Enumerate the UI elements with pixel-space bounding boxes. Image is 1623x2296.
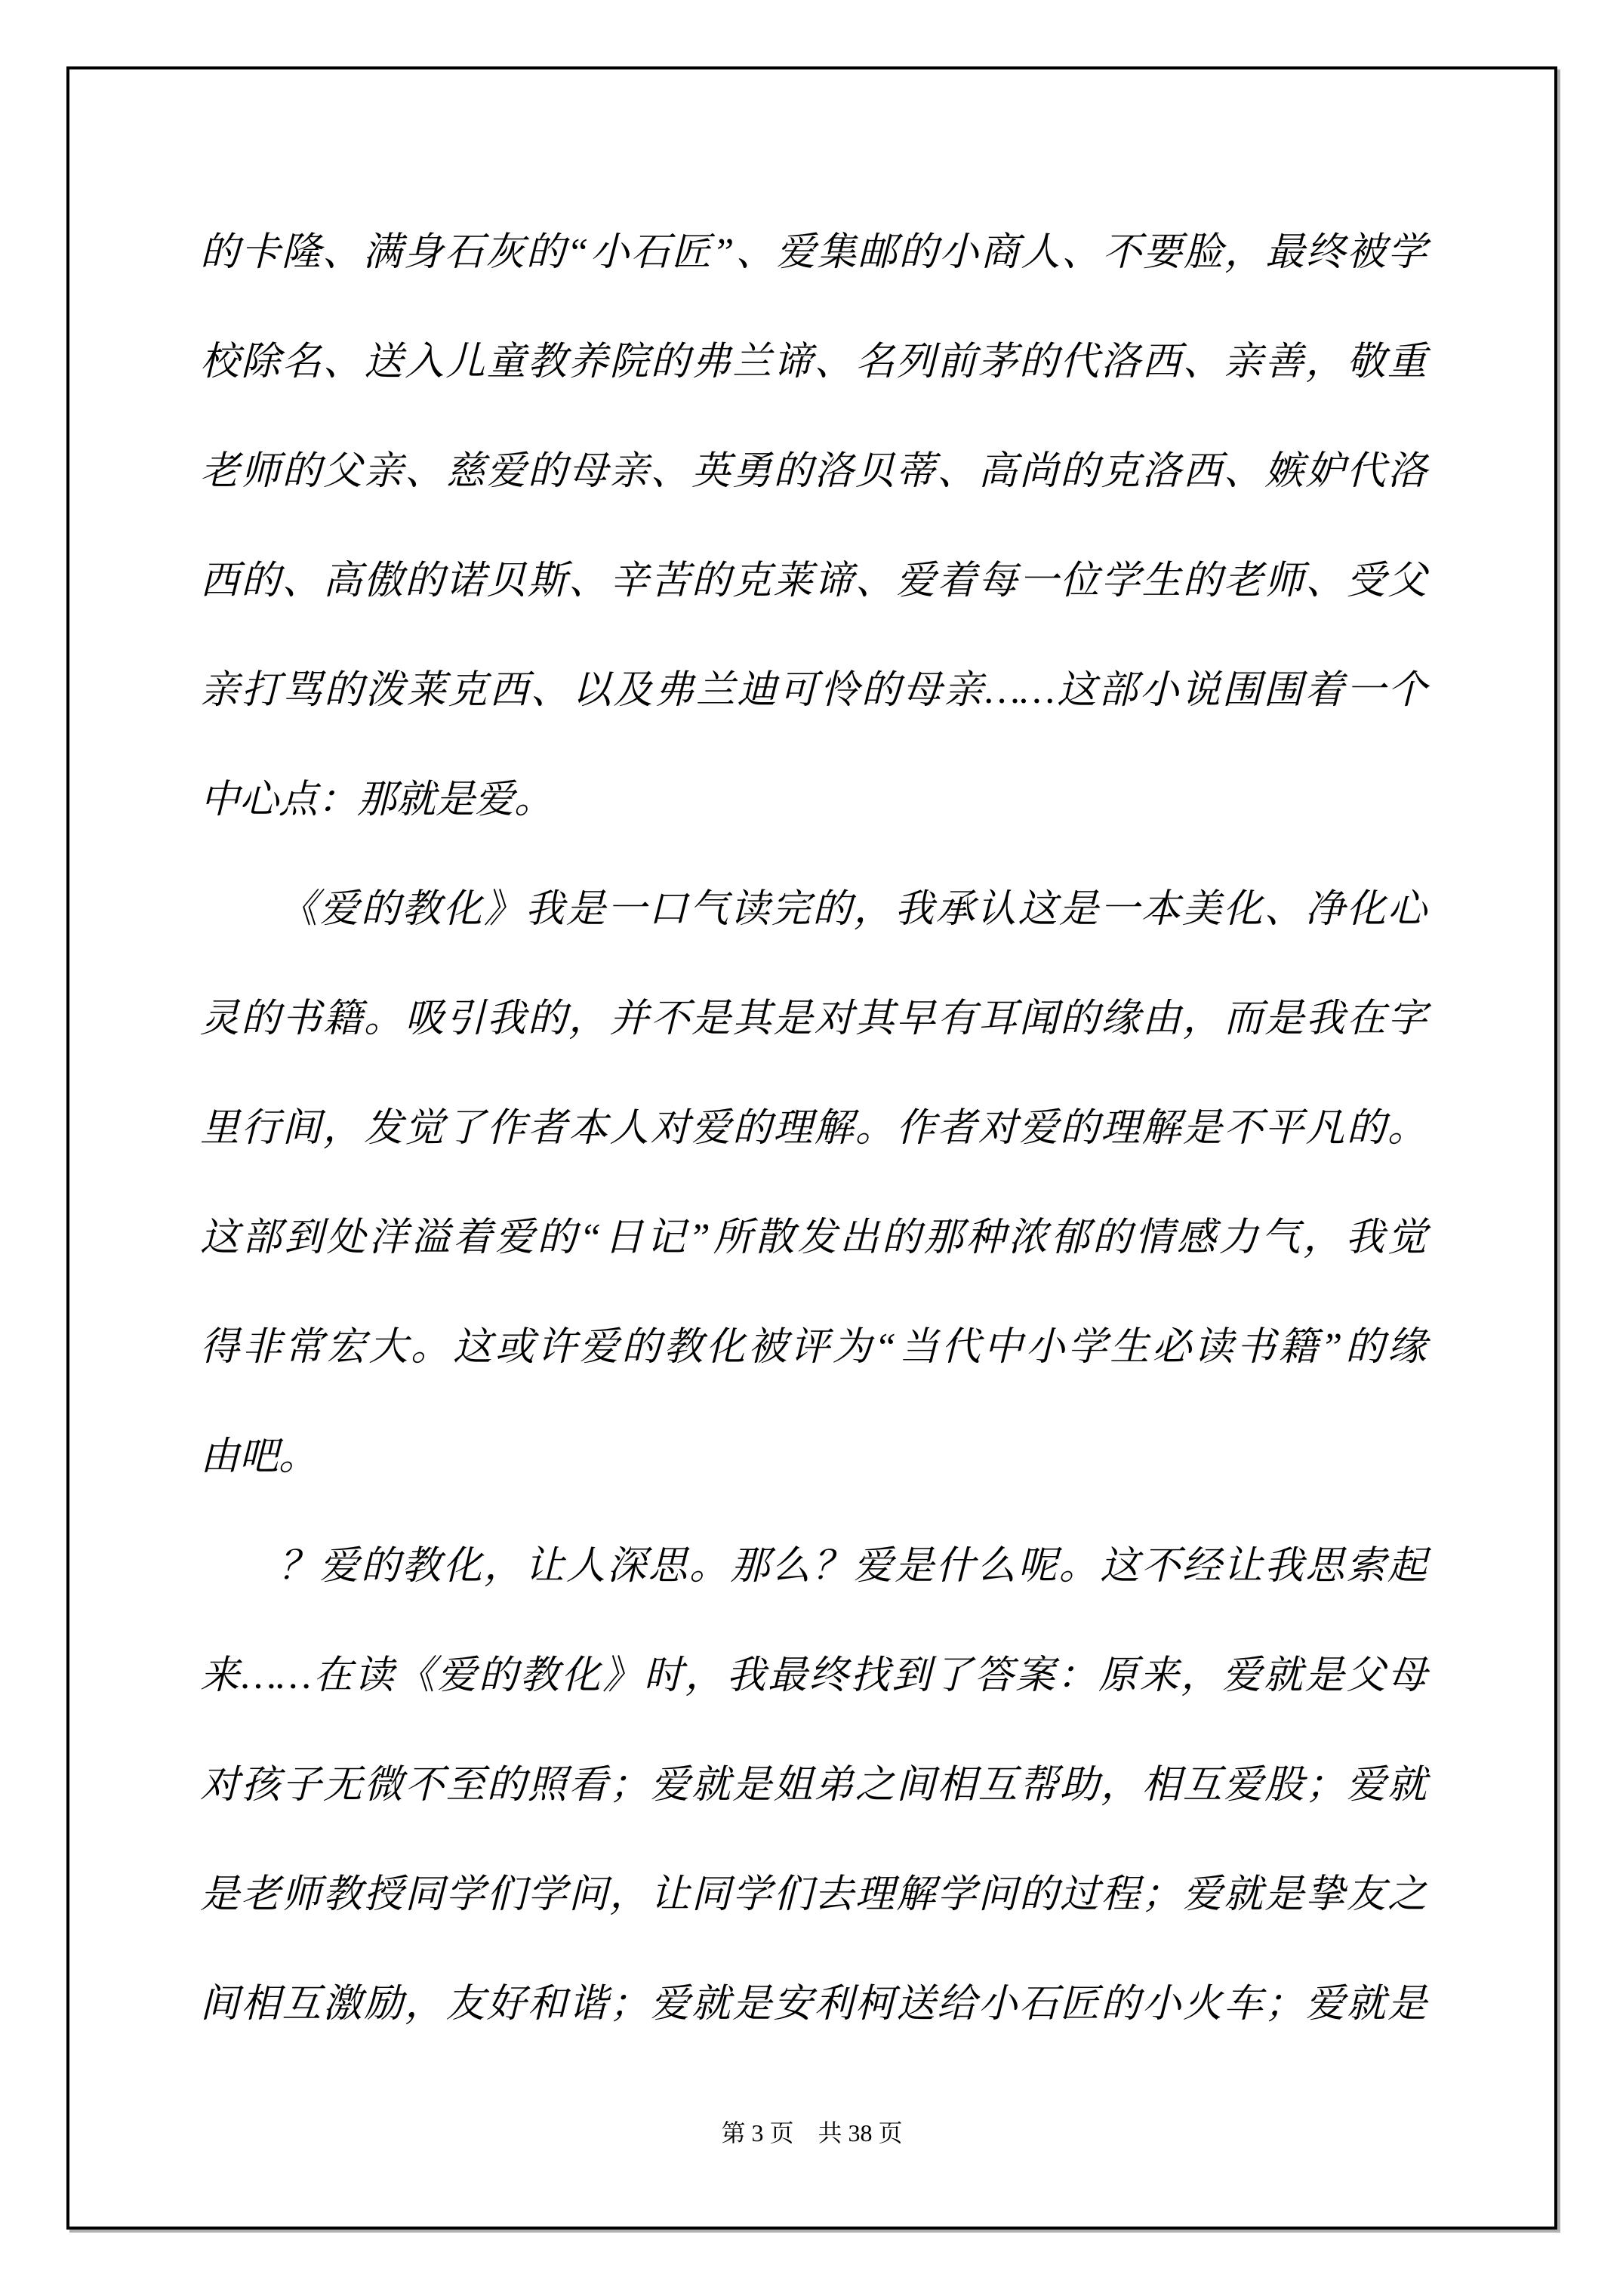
text-line: 得非常宏大。这或许爱的教化被评为“当代中小学生必读书籍”的缘 xyxy=(200,1293,1427,1402)
paragraph: ？爱的教化，让人深思。那么？爱是什么呢。这不经让我思索起来……在读《爱的教化》时… xyxy=(200,1512,1427,2059)
text-line: 老师的父亲、慈爱的母亲、英勇的洛贝蒂、高尚的克洛西、嫉妒代洛 xyxy=(200,417,1427,526)
text-line: 校除名、送入儿童教养院的弗兰谛、名列前茅的代洛西、亲善，敬重 xyxy=(200,307,1427,417)
text-line: 由吧。 xyxy=(200,1402,1427,1512)
text-line: 西的、高傲的诺贝斯、辛苦的克莱谛、爱着每一位学生的老师、受父 xyxy=(200,526,1427,636)
text-line: 这部到处洋溢着爱的“日记”所散发出的那种浓郁的情感力气，我觉 xyxy=(200,1183,1427,1293)
text-line: 里行间，发觉了作者本人对爱的理解。作者对爱的理解是不平凡的。 xyxy=(200,1074,1427,1183)
page-border-frame: 的卡隆、满身石灰的“小石匠”、爱集邮的小商人、不要脸，最终被学校除名、送入儿童教… xyxy=(66,66,1557,2230)
text-line: 是老师教授同学们学问，让同学们去理解学问的过程；爱就是挚友之 xyxy=(200,1840,1427,1949)
text-line: 灵的书籍。吸引我的，并不是其是对其早有耳闻的缘由，而是我在字 xyxy=(200,964,1427,1074)
text-line: 间相互激励，友好和谐；爱就是安利柯送给小石匠的小火车；爱就是 xyxy=(200,1949,1427,2059)
text-line: ？爱的教化，让人深思。那么？爱是什么呢。这不经让我思索起 xyxy=(200,1512,1427,1621)
text-line: 的卡隆、满身石灰的“小石匠”、爱集邮的小商人、不要脸，最终被学 xyxy=(200,198,1427,307)
paragraph: 《爱的教化》我是一口气读完的，我承认这是一本美化、净化心灵的书籍。吸引我的，并不… xyxy=(200,855,1427,1512)
text-line: 亲打骂的泼莱克西、以及弗兰迪可怜的母亲……这部小说围围着一个 xyxy=(200,636,1427,745)
document-page: 的卡隆、满身石灰的“小石匠”、爱集邮的小商人、不要脸，最终被学校除名、送入儿童教… xyxy=(0,0,1623,2296)
text-line: 对孩子无微不至的照看；爱就是姐弟之间相互帮助，相互爱股；爱就 xyxy=(200,1730,1427,1840)
text-line: 中心点：那就是爱。 xyxy=(200,745,1427,855)
paragraphs: 的卡隆、满身石灰的“小石匠”、爱集邮的小商人、不要脸，最终被学校除名、送入儿童教… xyxy=(200,198,1427,2059)
paragraph: 的卡隆、满身石灰的“小石匠”、爱集邮的小商人、不要脸，最终被学校除名、送入儿童教… xyxy=(200,198,1427,855)
text-line: 来……在读《爱的教化》时，我最终找到了答案：原来，爱就是父母 xyxy=(200,1621,1427,1730)
text-line: 《爱的教化》我是一口气读完的，我承认这是一本美化、净化心 xyxy=(200,855,1427,964)
page-footer: 第 3 页 共 38 页 xyxy=(69,2117,1554,2149)
